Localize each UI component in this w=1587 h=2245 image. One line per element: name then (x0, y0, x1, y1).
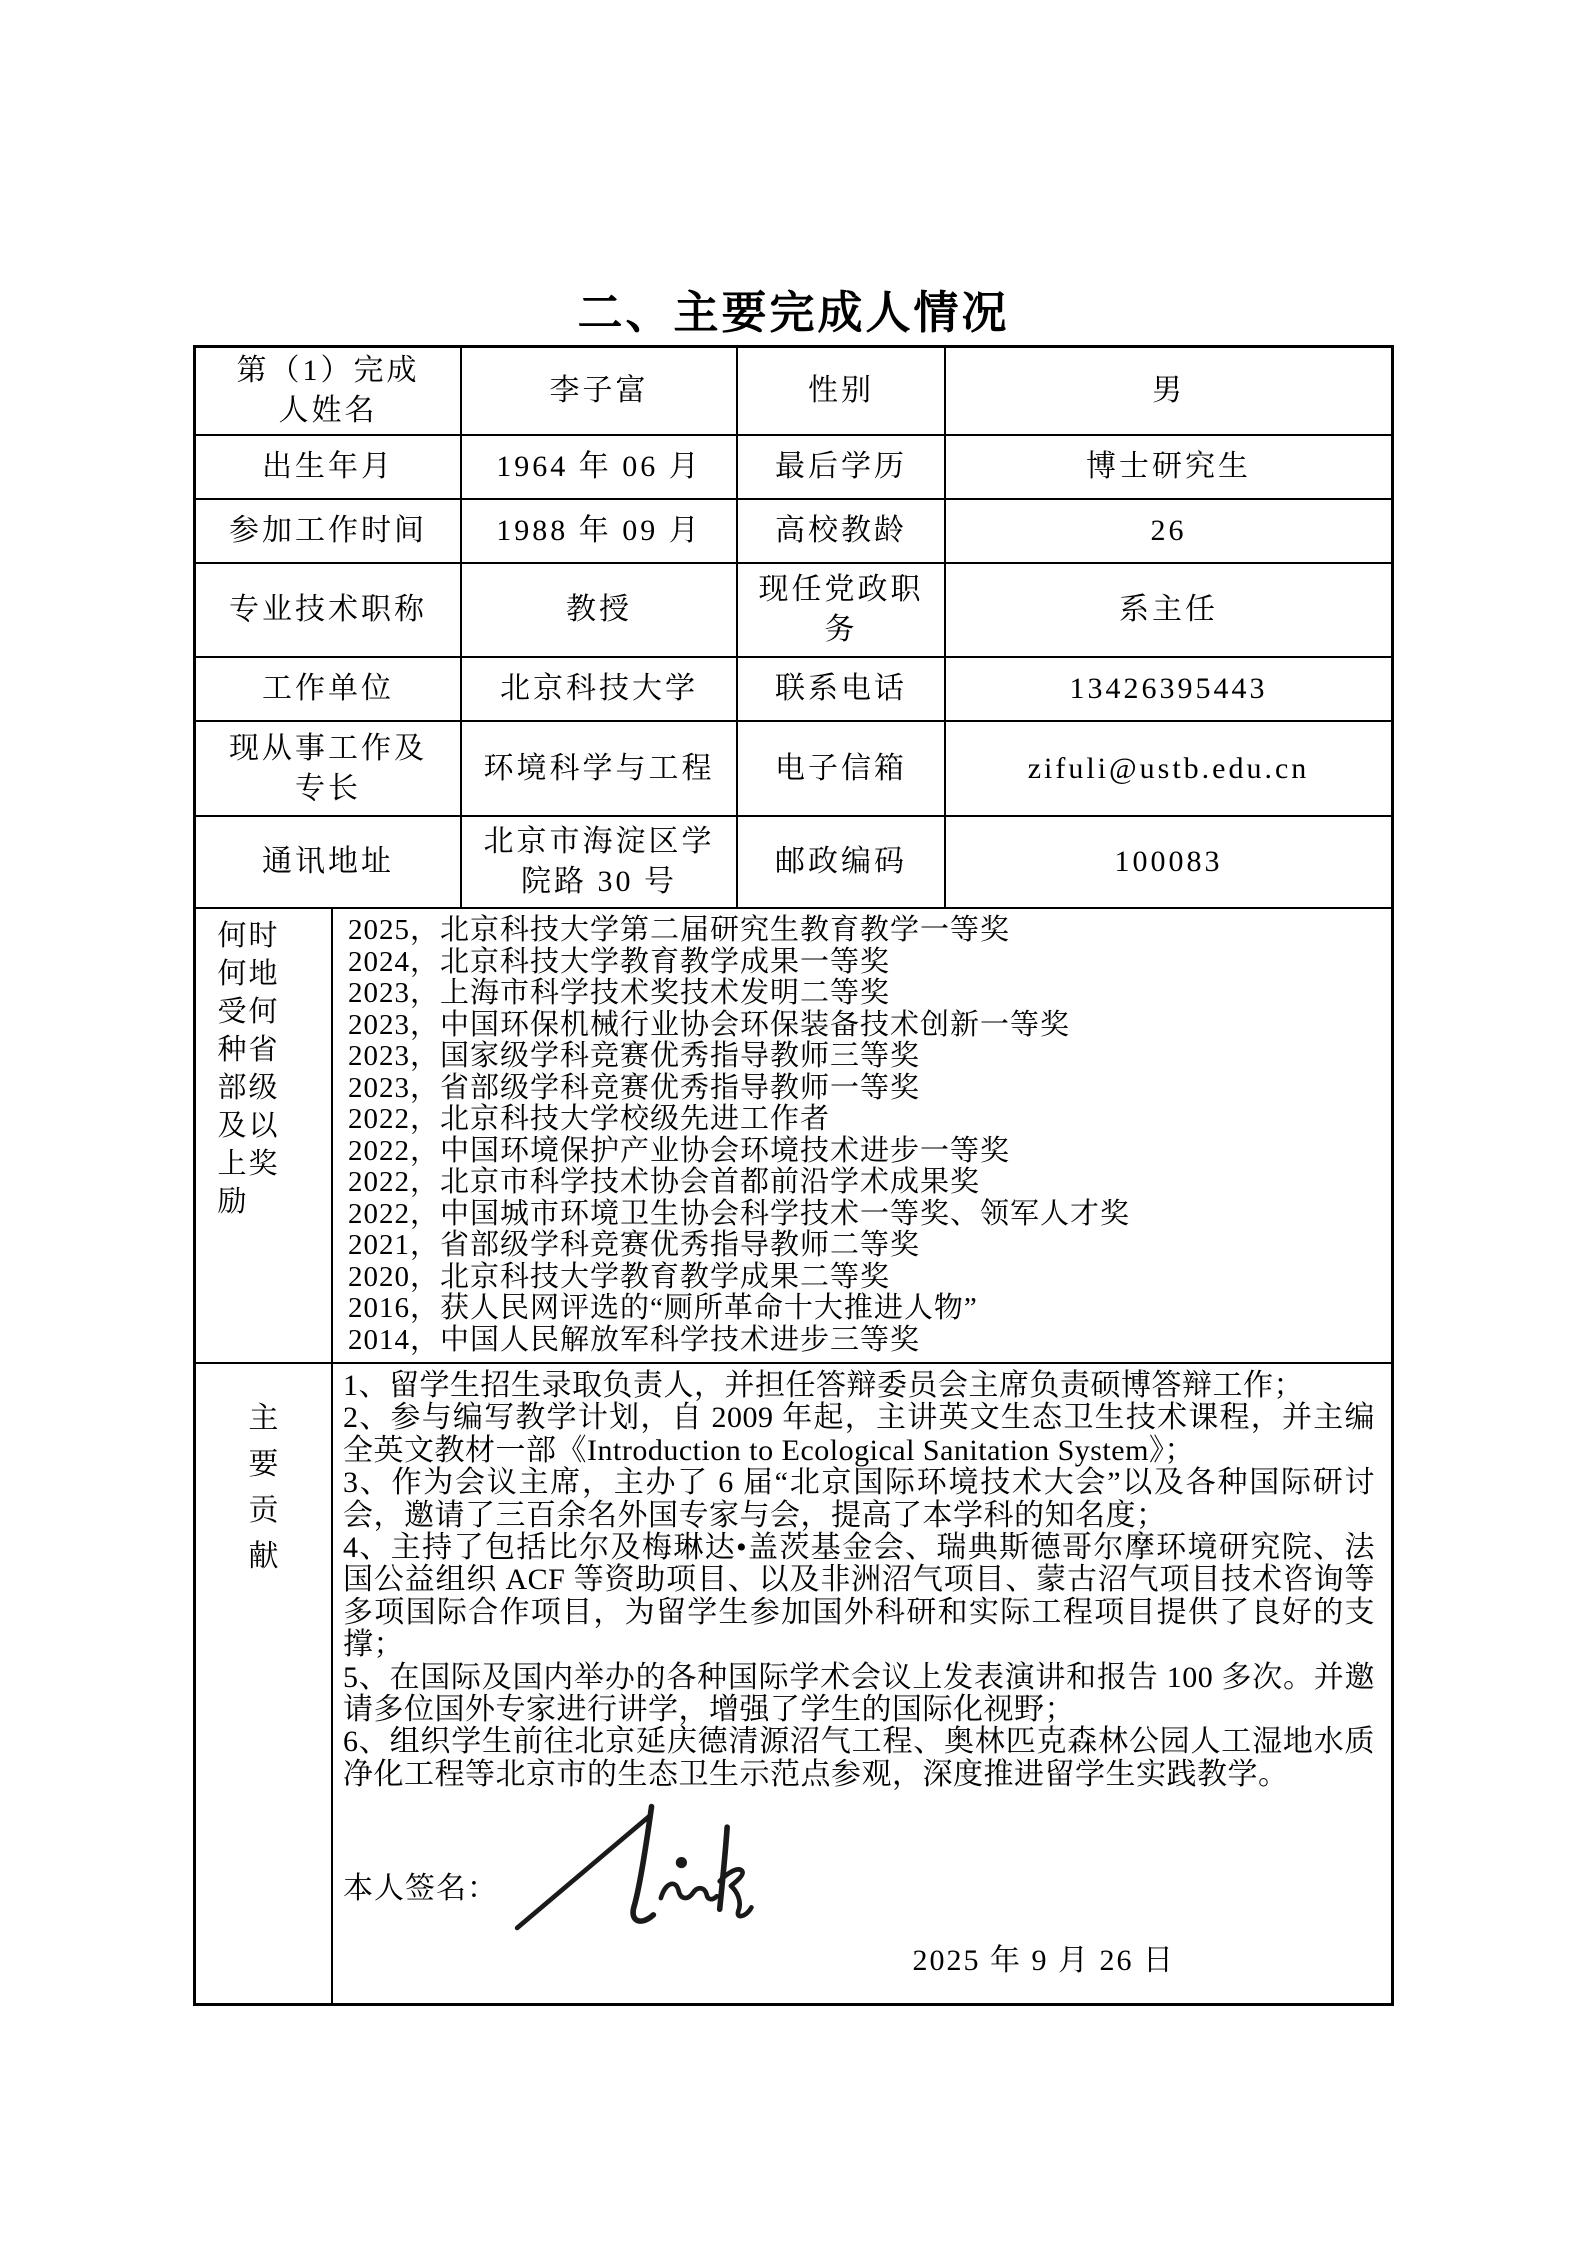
contribution-item: 3、作为会议主席，主办了 6 届“北京国际环境技术大会”以及各种国际研讨会，邀请… (343, 1467, 1375, 1532)
field-label: 电子信箱 (738, 722, 946, 817)
field-label: 联系电话 (738, 658, 946, 722)
field-value: 1988 年 09 月 (462, 500, 738, 564)
award-item: 2014，中国人民解放军科学技术进步三等奖 (348, 1325, 1381, 1357)
award-item: 2023，省部级学科竞赛优秀指导教师一等奖 (348, 1073, 1381, 1105)
table-row: 出生年月 1964 年 06 月 最后学历 博士研究生 (196, 436, 1391, 500)
field-value: 26 (946, 500, 1391, 564)
field-label: 专业技术职称 (196, 564, 462, 658)
table-row: 工作单位 北京科技大学 联系电话 13426395443 (196, 658, 1391, 722)
field-value: 系主任 (946, 564, 1391, 658)
awards-list: 2025，北京科技大学第二届研究生教育教学一等奖2024，北京科技大学教育教学成… (333, 909, 1391, 1362)
contribution-item: 2、参与编写教学计划，自 2009 年起，主讲英文生态卫生技术课程，并主编全英文… (343, 1402, 1375, 1467)
field-label: 第（1）完成人姓名 (196, 348, 462, 436)
handwritten-signature-image (506, 1801, 756, 1941)
field-value: 李子富 (462, 348, 738, 436)
field-value: 13426395443 (946, 658, 1391, 722)
contribution-item: 1、留学生招生录取负责人，并担任答辩委员会主席负责硕博答辩工作； (343, 1370, 1375, 1402)
field-label: 工作单位 (196, 658, 462, 722)
award-item: 2022，北京科技大学校级先进工作者 (348, 1104, 1381, 1136)
field-label: 高校教龄 (738, 500, 946, 564)
table-row: 通讯地址 北京市海淀区学院路 30 号 邮政编码 100083 (196, 817, 1391, 909)
signature-date: 2025 年 9 月 26 日 (343, 1935, 1375, 1979)
field-value: 环境科学与工程 (462, 722, 738, 817)
contributions-section: 主要贡献 1、留学生招生录取负责人，并担任答辩委员会主席负责硕博答辩工作；2、参… (196, 1364, 1391, 2003)
signature-row: 本人签名： (343, 1837, 1375, 1933)
field-label: 通讯地址 (196, 817, 462, 909)
award-item: 2023，上海市科学技术奖技术发明二等奖 (348, 978, 1381, 1010)
field-label: 出生年月 (196, 436, 462, 500)
field-label: 最后学历 (738, 436, 946, 500)
award-item: 2025，北京科技大学第二届研究生教育教学一等奖 (348, 915, 1381, 947)
field-value: 北京市海淀区学院路 30 号 (462, 817, 738, 909)
award-item: 2022，中国城市环境卫生协会科学技术一等奖、领军人才奖 (348, 1199, 1381, 1231)
signature-label: 本人签名： (343, 1863, 498, 1907)
award-item: 2023，中国环保机械行业协会环保装备技术创新一等奖 (348, 1010, 1381, 1042)
basic-info-section: 第（1）完成人姓名 李子富 性别 男 出生年月 1964 年 06 月 最后学历… (196, 348, 1391, 909)
field-value: 博士研究生 (946, 436, 1391, 500)
table-row: 现从事工作及专长 环境科学与工程 电子信箱 zifuli@ustb.edu.cn (196, 722, 1391, 817)
contributions-label: 主要贡献 (248, 1396, 280, 2003)
field-value: 1964 年 06 月 (462, 436, 738, 500)
award-item: 2022，北京市科学技术协会首都前沿学术成果奖 (348, 1167, 1381, 1199)
award-item: 2016，获人民网评选的“厕所革命十大推进人物” (348, 1293, 1381, 1325)
document-page: 二、主要完成人情况 第（1）完成人姓名 李子富 性别 男 出生年月 1964 年… (0, 0, 1587, 2245)
field-label: 邮政编码 (738, 817, 946, 909)
field-value: 男 (946, 348, 1391, 436)
table-row: 专业技术职称 教授 现任党政职务 系主任 (196, 564, 1391, 658)
field-label: 现从事工作及专长 (196, 722, 462, 817)
contributions-label-cell: 主要贡献 (196, 1364, 333, 2003)
field-value: zifuli@ustb.edu.cn (946, 722, 1391, 817)
award-item: 2022，中国环境保护产业协会环境技术进步一等奖 (348, 1136, 1381, 1168)
completer-info-table: 第（1）完成人姓名 李子富 性别 男 出生年月 1964 年 06 月 最后学历… (193, 345, 1394, 2006)
contribution-item: 6、组织学生前往北京延庆德清源沼气工程、奥林匹克森林公园人工湿地水质净化工程等北… (343, 1726, 1375, 1791)
award-item: 2021，省部级学科竞赛优秀指导教师二等奖 (348, 1230, 1381, 1262)
contribution-item: 4、主持了包括比尔及梅琳达•盖茨基金会、瑞典斯德哥尔摩环境研究院、法国公益组织 … (343, 1532, 1375, 1662)
table-row: 第（1）完成人姓名 李子富 性别 男 (196, 348, 1391, 436)
contributions-list: 1、留学生招生录取负责人，并担任答辩委员会主席负责硕博答辩工作；2、参与编写教学… (343, 1370, 1375, 1791)
field-label: 参加工作时间 (196, 500, 462, 564)
page-title: 二、主要完成人情况 (0, 276, 1587, 341)
field-label: 现任党政职务 (738, 564, 946, 658)
award-item: 2023，国家级学科竞赛优秀指导教师三等奖 (348, 1041, 1381, 1073)
field-value: 北京科技大学 (462, 658, 738, 722)
field-label: 性别 (738, 348, 946, 436)
field-value: 100083 (946, 817, 1391, 909)
awards-label-cell: 何时何地受何种省部级及以上奖励 (196, 909, 333, 1362)
award-item: 2024，北京科技大学教育教学成果一等奖 (348, 947, 1381, 979)
table-row: 参加工作时间 1988 年 09 月 高校教龄 26 (196, 500, 1391, 564)
field-value: 教授 (462, 564, 738, 658)
awards-section: 何时何地受何种省部级及以上奖励 2025，北京科技大学第二届研究生教育教学一等奖… (196, 909, 1391, 1364)
award-item: 2020，北京科技大学教育教学成果二等奖 (348, 1262, 1381, 1294)
contributions-cell: 1、留学生招生录取负责人，并担任答辩委员会主席负责硕博答辩工作；2、参与编写教学… (333, 1364, 1391, 2003)
awards-label: 何时何地受何种省部级及以上奖励 (218, 917, 310, 1362)
contribution-item: 5、在国际及国内举办的各种国际学术会议上发表演讲和报告 100 多次。并邀请多位… (343, 1662, 1375, 1727)
